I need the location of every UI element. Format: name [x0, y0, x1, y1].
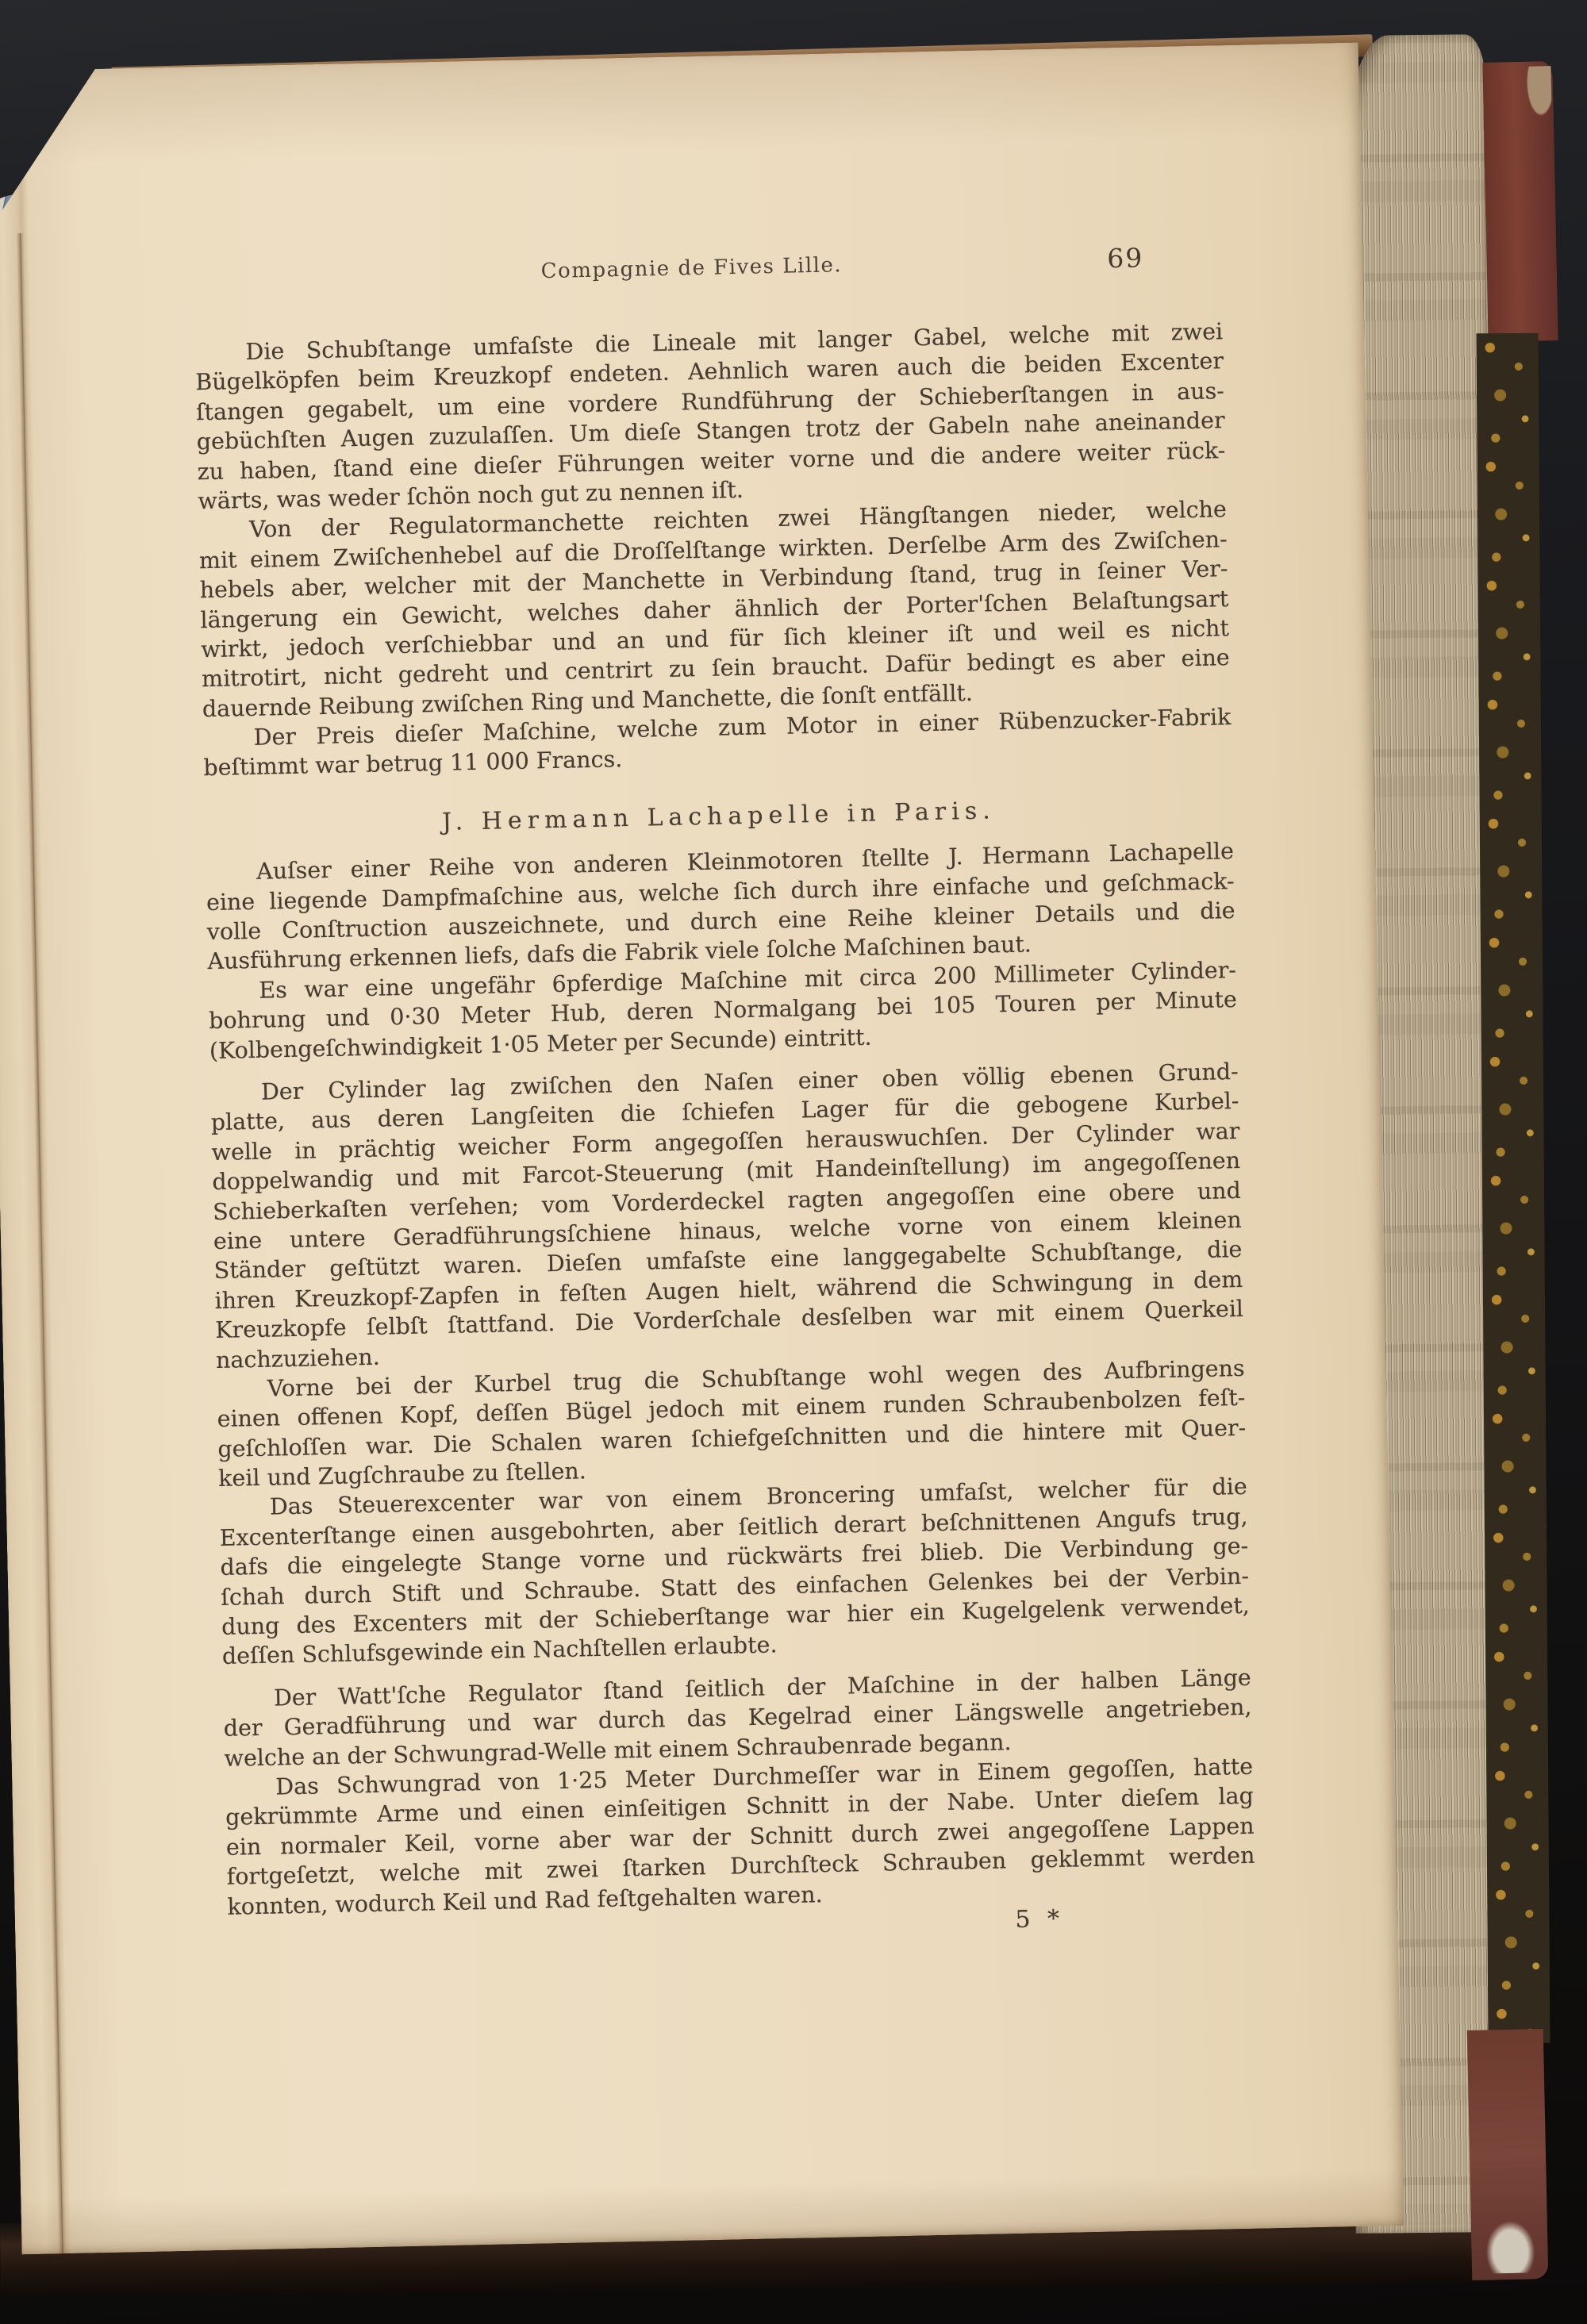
paragraph: VornebeiderKurbeltrugdieSchubſtangewohlw… [216, 1354, 1247, 1494]
word: Der [253, 722, 296, 752]
word: lag [450, 1073, 486, 1103]
word: aber [671, 1513, 724, 1544]
word: die [955, 1092, 990, 1122]
word: Minute [1155, 985, 1237, 1016]
paragraph: DasSteuerexcenterwarvoneinemBronceringum… [219, 1472, 1251, 1671]
word: weil [1057, 616, 1105, 647]
word: Dieſen [547, 1248, 622, 1279]
word: Millimeter [993, 958, 1114, 990]
word: Touren [995, 988, 1076, 1020]
word: platte, [210, 1107, 285, 1138]
word: bei [877, 992, 913, 1022]
word: Der [1011, 1120, 1054, 1150]
word: in [1059, 557, 1081, 587]
word: Details [1035, 898, 1116, 929]
word: die [1200, 896, 1235, 926]
word: derart [833, 1509, 906, 1540]
running-header: Compagnie de Fives Lille. [540, 253, 842, 283]
word: einer [919, 708, 979, 739]
word: war [1196, 1116, 1240, 1147]
word: eine [497, 390, 546, 421]
word: herauswuchſen. [805, 1121, 989, 1154]
word: Schieberſtangen [918, 378, 1109, 412]
word: und [665, 624, 709, 655]
word: mit [472, 569, 510, 599]
word: doppelwandig [212, 1164, 374, 1197]
word: trotz [805, 413, 860, 444]
word: war. [365, 1431, 414, 1462]
word: die [286, 1551, 322, 1581]
section-heading: J. Hermann Lachapelle in Paris. [205, 791, 1233, 843]
word: der [1020, 1667, 1059, 1697]
paragraph: DerCylinderlagzwiſchendenNaſeneinerobenv… [210, 1057, 1245, 1375]
word: Zwiſchenhebel [332, 540, 502, 573]
word: aber [558, 1824, 611, 1855]
word: Lappen [1168, 1811, 1254, 1843]
word: halben [1081, 1665, 1159, 1696]
word: vorne [475, 1826, 540, 1857]
word: während [817, 1271, 918, 1303]
word: Um [569, 419, 610, 449]
word: trug [993, 558, 1043, 589]
word: Conſtruction [282, 912, 428, 945]
word: Excenter [1120, 347, 1224, 378]
word: wohl [868, 1360, 924, 1391]
word: Schieberſtange [594, 1601, 770, 1634]
word: des [1061, 527, 1101, 557]
word: J. [948, 842, 963, 872]
word: eine [1037, 1179, 1086, 1210]
word: ſeitlich [685, 1673, 765, 1704]
word: durch [304, 1580, 371, 1611]
word: zwei [1170, 317, 1223, 348]
word: zwei [937, 1817, 989, 1848]
word: Keil, [404, 1828, 455, 1859]
word: um [437, 392, 474, 422]
word: waren [807, 354, 879, 385]
word: Maſchine [847, 1669, 955, 1700]
word: Ständer [213, 1254, 305, 1286]
word: und [467, 1708, 512, 1739]
word: deren [377, 1103, 444, 1134]
word: mit [804, 963, 842, 993]
word: welches [527, 597, 620, 628]
word: angegoſſene [1008, 1813, 1151, 1846]
word: aber, [290, 572, 348, 603]
word: Steuerexcenter [337, 1488, 514, 1521]
word: gebogene [1016, 1089, 1128, 1120]
word: Excenterſtange [219, 1519, 396, 1553]
word: einem [1054, 1296, 1124, 1327]
word: Maſchine [680, 965, 788, 997]
word: war [876, 1759, 920, 1790]
word: ſtand, [909, 559, 977, 590]
word: war [304, 974, 348, 1005]
word: beiden [1024, 349, 1102, 380]
word: mit [199, 545, 237, 575]
word: Kugelgelenk [961, 1594, 1105, 1627]
word: Gewicht, [402, 599, 504, 631]
word: Der [261, 1077, 304, 1107]
word: in [877, 709, 899, 739]
word: und [993, 617, 1037, 648]
word: bei [1053, 1565, 1089, 1595]
word: für [1154, 1473, 1188, 1504]
word: Handeinſtellung) [815, 1150, 1011, 1185]
word: welche [1146, 494, 1227, 526]
word: war [629, 1823, 674, 1854]
word: in [294, 1135, 317, 1166]
word: Schieberkaſten [213, 1193, 388, 1227]
text-block: DieSchubſtangeumfaſstedieLinealemitlange… [194, 317, 1256, 1951]
word: Bügelköpfen [195, 365, 340, 398]
word: den [636, 1069, 679, 1100]
word: centrirt [565, 655, 653, 687]
word: einen [217, 1404, 280, 1435]
word: eine [206, 887, 256, 918]
word: ſtattfand. [448, 1308, 555, 1340]
word: Derſelbe [887, 529, 987, 561]
word: Schrauben [882, 1846, 1007, 1878]
word: einſeitigen [603, 1792, 727, 1825]
word: bei [355, 1371, 391, 1401]
word: dem [1193, 1265, 1243, 1296]
word: die [621, 1099, 656, 1129]
word: und [870, 442, 915, 473]
word: und [1135, 897, 1180, 928]
word: einfachen [796, 1568, 909, 1600]
cover-leather-top [1482, 61, 1558, 342]
word: Langſeiten [471, 1100, 594, 1132]
word: die [1207, 1235, 1243, 1265]
word: bedingt [966, 647, 1055, 678]
word: verſchiebbar [385, 628, 532, 660]
word: ſchah [221, 1581, 285, 1612]
word: des [736, 1571, 777, 1601]
word: Stangen [696, 415, 792, 447]
word: nahe [1024, 409, 1080, 440]
word: ſelbſt [367, 1312, 428, 1343]
word: mit [758, 325, 796, 355]
word: liegende [269, 885, 367, 916]
word: ſich [783, 622, 827, 653]
word: für [729, 623, 763, 653]
word: Gabeln [928, 410, 1009, 442]
word: Ver- [1182, 554, 1228, 585]
word: Schubſtange [701, 1362, 847, 1394]
word: beſchnittenen [921, 1505, 1082, 1538]
word: die [936, 1270, 972, 1300]
word: das [686, 1704, 727, 1734]
word: desſelben [801, 1301, 913, 1333]
word: Lachapelle [1109, 836, 1234, 869]
word: hier [847, 1598, 893, 1629]
word: ſeiner [1097, 555, 1166, 586]
word: in [518, 1279, 540, 1309]
word: 1·25 [557, 1765, 608, 1796]
word: deren [626, 997, 694, 1028]
word: ſchiefen [682, 1097, 774, 1128]
word: Arme [377, 1799, 440, 1830]
word: es [1125, 615, 1151, 645]
word: die [1212, 1472, 1247, 1502]
word: ungefähr [430, 970, 535, 1001]
paragraph: DieSchubſtangeumfaſstedieLinealemitlange… [194, 317, 1226, 516]
word: werden [1169, 1841, 1255, 1873]
word: Cylinder- [1131, 955, 1237, 987]
word: reichten [653, 505, 749, 536]
word: Angufs [1096, 1504, 1176, 1535]
word: ſtand [603, 1675, 663, 1706]
word: in [721, 564, 744, 594]
word: mit [484, 1856, 522, 1886]
word: in [847, 1789, 870, 1819]
word: in [1152, 1266, 1174, 1296]
word: es [1070, 646, 1096, 676]
word: Augen [340, 423, 414, 454]
word: vordere [568, 388, 658, 420]
word: Aufbringens [1104, 1354, 1245, 1386]
word: Cylinder [328, 1074, 426, 1105]
paragraph: VonderRegulatormanchettereichtenzweiHäng… [198, 494, 1231, 724]
word: Manchette [582, 565, 705, 597]
word: Hängſtangen [859, 499, 1009, 532]
word: vom [541, 1189, 590, 1220]
word: der [843, 591, 882, 621]
word: aneinander [1094, 405, 1225, 438]
word: die [968, 1418, 1004, 1448]
word: Nabe. [947, 1786, 1016, 1817]
word: nieder, [1038, 497, 1117, 528]
word: Schraubenbolzen [982, 1385, 1182, 1419]
word: eine [364, 973, 413, 1004]
word: die [970, 351, 1006, 381]
word: feſt- [1198, 1383, 1246, 1414]
word: Kreuzkopf-Zapfen [294, 1280, 500, 1314]
word: der [889, 1788, 928, 1819]
word: hatte [1193, 1752, 1254, 1783]
word: Augen [646, 1275, 720, 1306]
word: Rundführung [681, 384, 834, 417]
word: Grund- [1158, 1057, 1239, 1088]
word: Lineale [651, 327, 736, 359]
word: Längswelle [954, 1696, 1084, 1728]
word: einen [411, 1518, 475, 1549]
word: der [856, 383, 896, 413]
word: rück- [1166, 436, 1226, 467]
word: ein [909, 1597, 945, 1627]
word: dieſe [624, 417, 681, 448]
word: zwei [778, 503, 830, 534]
word: Regulatormanchette [388, 507, 624, 542]
word: ſtarken [622, 1852, 706, 1884]
word: Motor [786, 710, 857, 741]
word: und [905, 1419, 950, 1450]
word: und [552, 627, 597, 658]
word: runden [882, 1389, 966, 1421]
word: Führungen [557, 447, 685, 479]
word: geſchmack- [1102, 866, 1235, 899]
word: war [932, 1300, 977, 1331]
word: der [1108, 1563, 1147, 1593]
word: Vorderdeckel [612, 1185, 765, 1218]
cover-leather-corner [1467, 2029, 1549, 2280]
word: ausgebohrten, [490, 1514, 655, 1547]
word: Cylinder [1075, 1117, 1174, 1149]
word: vorne [897, 1211, 963, 1242]
word: feſten [559, 1277, 627, 1308]
word: welche [639, 877, 720, 908]
word: mit [1111, 318, 1149, 348]
word: beim [358, 363, 415, 394]
word: des [1043, 1357, 1083, 1387]
word: durch [851, 1818, 918, 1849]
word: normaler [280, 1829, 386, 1861]
word: welcher [364, 570, 456, 602]
word: Schraube. [524, 1574, 641, 1606]
word: Unter [1034, 1784, 1101, 1815]
word: aus, [577, 879, 624, 910]
word: per [1096, 987, 1135, 1017]
word: mit [462, 1162, 500, 1192]
word: durch [690, 906, 757, 937]
word: Aehnlich [688, 355, 789, 387]
word: in [1132, 378, 1154, 408]
word: kleiner [847, 620, 928, 651]
word: von [513, 851, 555, 881]
word: ein [342, 601, 378, 632]
word: Watt'ſche [337, 1680, 446, 1711]
cover-marbled-paper [1476, 333, 1550, 2043]
word: war [532, 1707, 577, 1738]
word: Kopf, [399, 1400, 459, 1431]
word: war [538, 1486, 582, 1517]
word: weiter [700, 445, 774, 476]
word: im [1032, 1150, 1062, 1180]
word: Hub, [550, 998, 606, 1029]
word: eine [213, 1226, 263, 1257]
word: für [894, 1093, 928, 1124]
page-header: Compagnie de Fives Lille. 69 [193, 245, 1222, 302]
word: (mit [746, 1155, 793, 1186]
word: haben, [240, 455, 318, 486]
word: hinaus, [678, 1216, 763, 1247]
word: ſich [733, 876, 777, 907]
word: gegabelt, [307, 393, 415, 424]
word: Schwingung [991, 1267, 1134, 1300]
word: Schwungrad [336, 1768, 482, 1800]
paragraph: AuſsereinerReihevonanderenKleinmotorenſt… [206, 836, 1236, 977]
word: ragten [787, 1183, 863, 1214]
word: ſchiefgeſchnitten [691, 1420, 888, 1454]
word: längerung [200, 603, 318, 635]
word: Die [245, 336, 285, 367]
word: und [395, 1162, 440, 1193]
word: des [296, 1610, 336, 1640]
word: 200 [933, 961, 977, 992]
word: Kreuzkopfe [215, 1313, 347, 1346]
word: von [606, 1485, 647, 1515]
word: trug [573, 1366, 622, 1397]
book-page: Compagnie de Fives Lille. 69 DieSchubſta… [0, 43, 1404, 2255]
word: mit [741, 1392, 779, 1423]
word: Kurbel- [1155, 1086, 1239, 1118]
word: anderen [573, 848, 668, 880]
word: und [505, 657, 549, 688]
word: Quer- [1181, 1413, 1247, 1444]
word: nicht [324, 661, 382, 692]
word: ihren [214, 1285, 275, 1316]
word: mitrotirt, [202, 663, 308, 694]
word: zu [197, 456, 224, 486]
word: Verbin- [1166, 1561, 1250, 1592]
gutter-fold [16, 233, 66, 2254]
word: Maſchine, [482, 716, 598, 747]
word: Es [259, 975, 287, 1005]
word: Droſſelſtange [613, 534, 767, 567]
word: welcher [1038, 1474, 1130, 1506]
word: Kleinmotoren [686, 845, 843, 878]
word: Länge [1180, 1663, 1251, 1694]
word: verwendet, [1121, 1591, 1251, 1623]
word: der [786, 1672, 826, 1702]
word: zu [669, 654, 696, 684]
word: deſſen [475, 1398, 548, 1429]
word: Lager [801, 1094, 868, 1125]
word: Meter [624, 1763, 695, 1794]
word: Der [274, 1682, 317, 1712]
word: welle [211, 1136, 272, 1167]
word: eine [1181, 643, 1230, 674]
text-line: J. Hermann Lachapelle in Paris. [205, 791, 1233, 843]
word: hintere [1022, 1416, 1105, 1447]
word: Schnitt [749, 1820, 832, 1852]
word: war [786, 1600, 831, 1631]
word: Excenters [352, 1607, 467, 1638]
word: hielt, [739, 1273, 798, 1304]
word: Von [249, 514, 292, 545]
word: zuzulaſſen. [428, 420, 555, 452]
word: Preis [316, 720, 375, 751]
word: einer [350, 854, 410, 885]
word: aber [1112, 644, 1166, 675]
word: Querkeil [1144, 1294, 1243, 1326]
word: vorne [790, 443, 855, 474]
word: Die [574, 1308, 614, 1338]
word: bohrung [209, 1005, 306, 1036]
word: Naſen [704, 1066, 774, 1097]
word: vorne [580, 1544, 646, 1575]
word: einem [1059, 1208, 1130, 1239]
word: Gabel, [913, 321, 988, 352]
word: lag [1218, 1781, 1254, 1811]
word: trug, [1191, 1502, 1248, 1533]
word: einer [873, 1699, 933, 1730]
word: verſehen; [410, 1191, 520, 1223]
word: auch [897, 352, 952, 383]
word: fortgeſetzt, [226, 1860, 355, 1892]
word: welche [617, 713, 698, 745]
word: geſtützt [329, 1252, 420, 1284]
word: Broncering [766, 1480, 895, 1512]
word: Vorne [267, 1373, 334, 1404]
word: Schnitt [746, 1790, 829, 1822]
word: Zwiſchen- [1113, 524, 1228, 556]
word: durch [598, 1704, 666, 1735]
word: einer [797, 1065, 858, 1096]
word: geklemmt [1030, 1843, 1145, 1875]
word: angegoſſen [654, 1126, 783, 1158]
